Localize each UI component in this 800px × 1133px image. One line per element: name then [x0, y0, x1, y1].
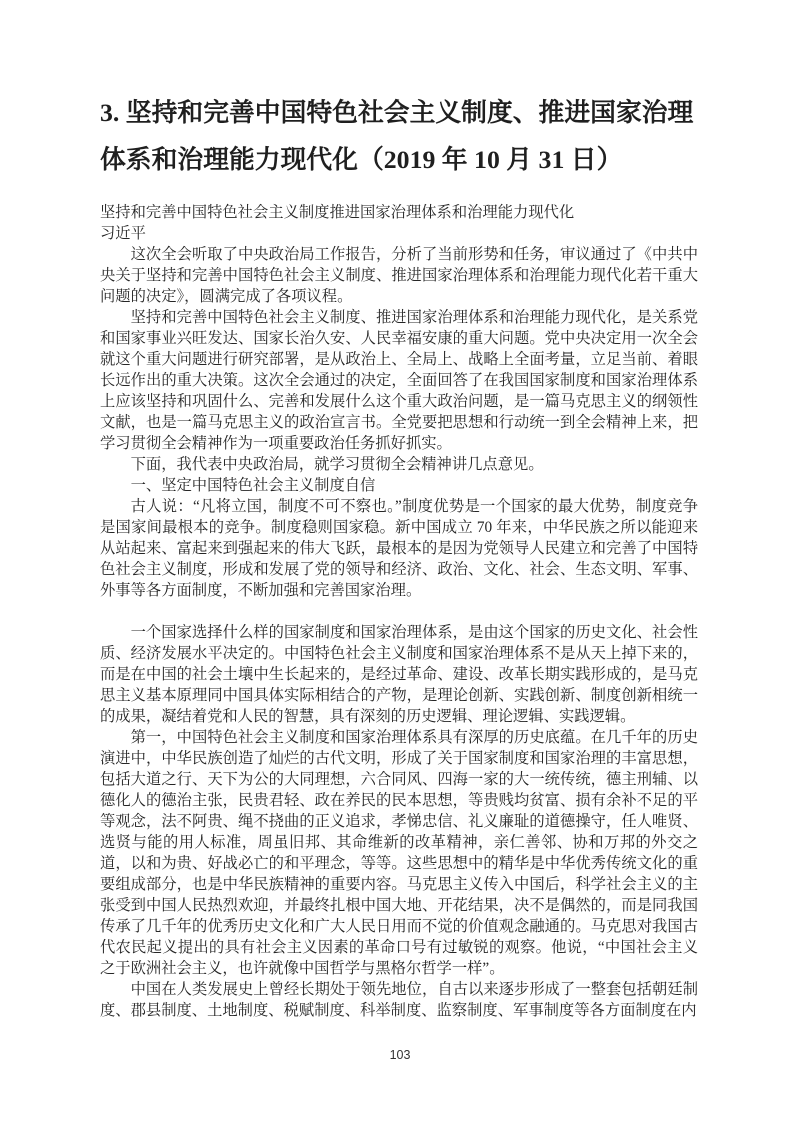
- document-title: 3. 坚持和完善中国特色社会主义制度、推进国家治理体系和治理能力现代化（2019…: [100, 89, 698, 183]
- paragraph: 古人说：“凡将立国，制度不可不察也。”制度优势是一个国家的最大优势，制度竞争是国…: [100, 496, 698, 601]
- document-author: 习近平: [100, 223, 698, 244]
- paragraph: 这次全会听取了中央政治局工作报告，分析了当前形势和任务，审议通过了《中共中央关于…: [100, 244, 698, 307]
- paragraph: 中国在人类发展史上曾经长期处于领先地位，自古以来逐步形成了一整套包括朝廷制度、郡…: [100, 979, 698, 1021]
- paragraph: 一个国家选择什么样的国家制度和国家治理体系，是由这个国家的历史文化、社会性质、经…: [100, 622, 698, 727]
- section-heading: 一、坚定中国特色社会主义制度自信: [100, 475, 698, 496]
- document-page: 3. 坚持和完善中国特色社会主义制度、推进国家治理体系和治理能力现代化（2019…: [0, 0, 800, 1133]
- paragraph: 下面，我代表中央政治局，就学习贯彻全会精神讲几点意见。: [100, 454, 698, 475]
- paragraph: 第一，中国特色社会主义制度和国家治理体系具有深厚的历史底蕴。在几千年的历史演进中…: [100, 727, 698, 979]
- page-number: 103: [0, 1048, 800, 1062]
- paragraph: 坚持和完善中国特色社会主义制度、推进国家治理体系和治理能力现代化，是关系党和国家…: [100, 307, 698, 454]
- document-subtitle: 坚持和完善中国特色社会主义制度推进国家治理体系和治理能力现代化: [100, 202, 698, 223]
